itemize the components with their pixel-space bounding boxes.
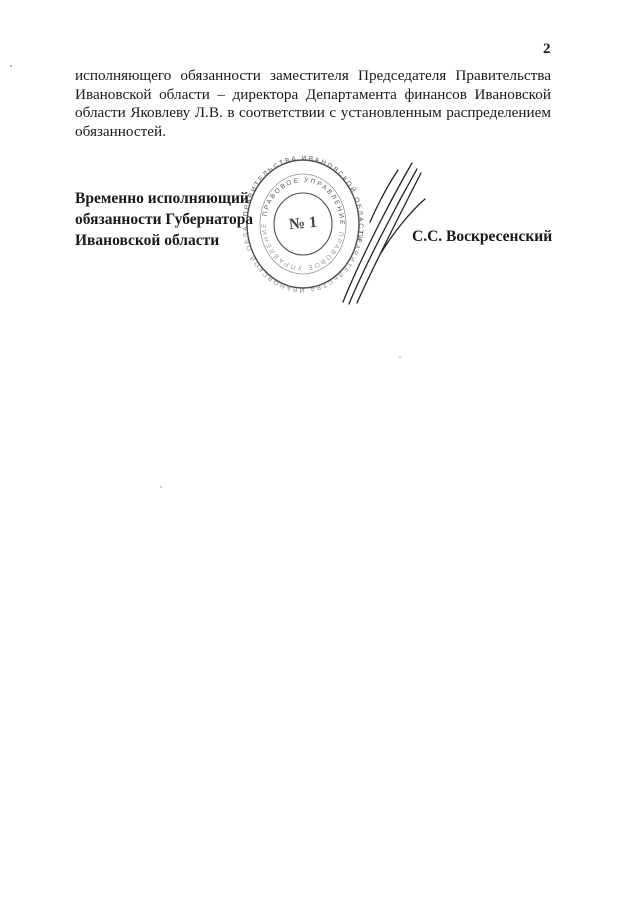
stamp-and-signature-area: ПРАВИТЕЛЬСТВА ИВАНОВСКОЙ ОБЛАСТИ ПРАВИТЕ…	[235, 145, 435, 315]
scan-speck	[10, 65, 12, 67]
signature-stroke	[343, 163, 412, 302]
page-number: 2	[543, 41, 551, 57]
paragraph-line: Ивановской области – директора Департаме…	[75, 86, 551, 105]
scan-speck	[399, 356, 401, 358]
pen-signature-strokes	[343, 163, 425, 304]
paragraph-line: обязанностей.	[75, 123, 551, 142]
signature-stroke	[357, 173, 421, 303]
scan-speck	[160, 486, 162, 488]
official-round-stamp: ПРАВИТЕЛЬСТВА ИВАНОВСКОЙ ОБЛАСТИ ПРАВИТЕ…	[235, 145, 364, 293]
document-page: 2 исполняющего обязанности заместителя П…	[0, 0, 640, 905]
paragraph-line: исполняющего обязанности заместителя Пре…	[75, 67, 551, 86]
paragraph-line: области Яковлеву Л.В. в соответствии с у…	[75, 104, 551, 123]
signer-title-line: Временно исполняющий	[75, 188, 253, 209]
body-paragraph: исполняющего обязанности заместителя Пре…	[75, 67, 551, 141]
signer-title-line: Ивановской области	[75, 230, 253, 251]
signer-title: Временно исполняющий обязанности Губерна…	[75, 188, 253, 251]
signer-title-line: обязанности Губернатора	[75, 209, 253, 230]
stamp-number: № 1	[288, 214, 317, 233]
